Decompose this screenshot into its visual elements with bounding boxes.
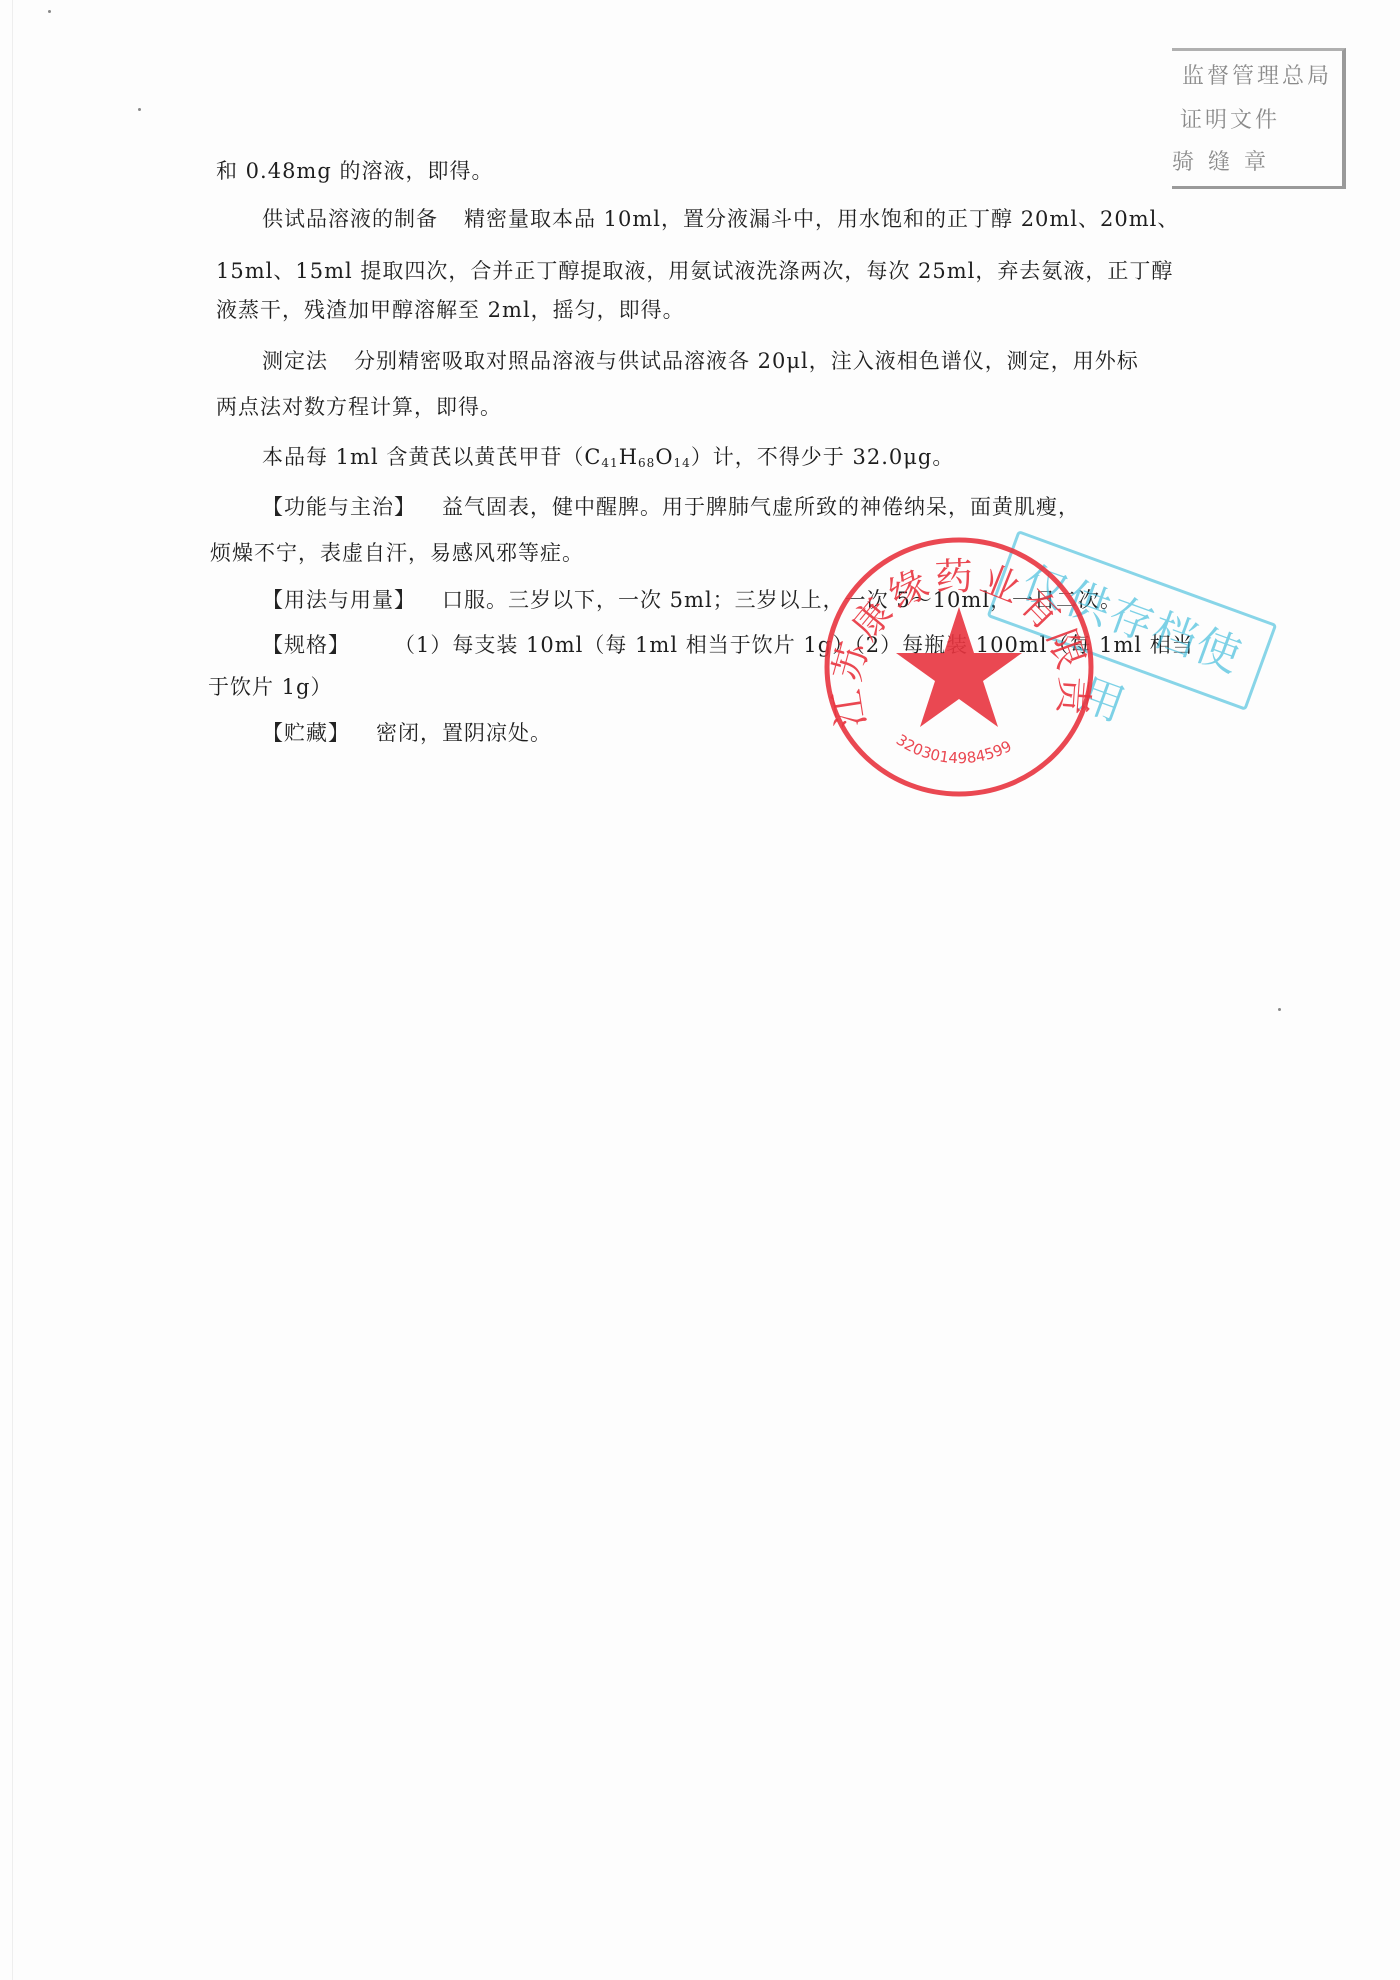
- storage-heading: 【贮藏】: [262, 721, 350, 745]
- archive-stamp-line-3: 骑缝章: [1172, 145, 1280, 176]
- indications-line-1: 【功能与主治】益气固表，健中醒脾。用于脾肺气虚所致的神倦纳呆，面黄肌瘦，: [262, 492, 1080, 522]
- text-line-concentration: 和 0.48mg 的溶液，即得。: [216, 156, 493, 186]
- company-seal: 江苏康缘药业有限责任公司 3203014984599: [822, 535, 1097, 800]
- archive-stamp-line-1: 监督管理总局: [1182, 59, 1332, 90]
- assay-text-1: 分别精密吸取对照品溶液与供试品溶液各 20μl，注入液相色谱仪，测定，用外标: [354, 349, 1139, 373]
- indications-text-2: 烦燥不宁，表虚自汗，易感风邪等症。: [210, 538, 584, 568]
- assay-heading: 测定法: [262, 349, 328, 373]
- scan-speck: [1278, 1008, 1281, 1011]
- svg-text:3203014984599: 3203014984599: [893, 731, 1015, 768]
- scan-speck: [48, 10, 51, 13]
- sample-prep-heading: 供试品溶液的制备: [262, 207, 438, 231]
- assay-line-1: 测定法分别精密吸取对照品溶液与供试品溶液各 20μl，注入液相色谱仪，测定，用外…: [262, 346, 1139, 376]
- storage-line: 【贮藏】密闭，置阴凉处。: [262, 718, 552, 748]
- sample-prep-text-1: 精密量取本品 10ml，置分液漏斗中，用水饱和的正丁醇 20ml、20ml、: [464, 207, 1179, 231]
- document-page: 监督管理总局 证明文件 骑缝章 和 0.48mg 的溶液，即得。 供试品溶液的制…: [0, 0, 1400, 1980]
- archive-stamp: 监督管理总局 证明文件 骑缝章: [1172, 48, 1346, 189]
- content-limit: 本品每 1ml 含黄芪以黄芪甲苷（C41H68O14）计，不得少于 32.0μg…: [262, 442, 954, 478]
- indications-text-1: 益气固表，健中醒脾。用于脾肺气虚所致的神倦纳呆，面黄肌瘦，: [442, 495, 1080, 519]
- archive-stamp-line-2: 证明文件: [1180, 103, 1280, 134]
- sample-prep-text-3: 液蒸干，残渣加甲醇溶解至 2ml，摇匀，即得。: [216, 295, 685, 325]
- seal-number: 3203014984599: [893, 731, 1015, 768]
- scan-speck: [138, 108, 141, 111]
- sample-prep-line-1: 供试品溶液的制备精密量取本品 10ml，置分液漏斗中，用水饱和的正丁醇 20ml…: [262, 204, 1179, 234]
- assay-text-2: 两点法对数方程计算，即得。: [216, 392, 502, 422]
- dosage-heading: 【用法与用量】: [262, 588, 416, 612]
- storage-text: 密闭，置阴凉处。: [376, 721, 552, 745]
- sample-prep-text-2: 15ml、15ml 提取四次，合并正丁醇提取液，用氨试液洗涤两次，每次 25ml…: [216, 256, 1173, 286]
- indications-heading: 【功能与主治】: [262, 495, 416, 519]
- specification-text-2: 于饮片 1g）: [208, 672, 332, 702]
- specification-heading: 【规格】: [262, 633, 350, 657]
